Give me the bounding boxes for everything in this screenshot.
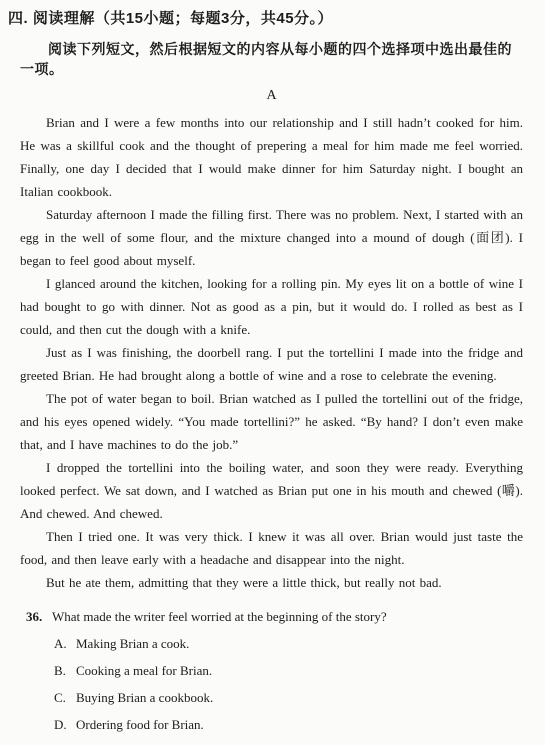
option-c-text: Buying Brian a cookbook. [76,687,213,709]
passage-paragraph-5: The pot of water began to boil. Brian wa… [20,387,523,456]
instruction-text: 阅读下列短文，然后根据短文的内容从每小题的四个选择项中选出最佳的一项。 [20,39,523,79]
section-title: 四. 阅读理解（共15小题；每题3分，共45分。） [8,8,523,30]
passage-paragraph-4: Just as I was finishing, the doorbell ra… [20,341,523,387]
option-a-label: A. [54,633,76,655]
option-c: C. Buying Brian a cookbook. [54,687,523,709]
question-number: 36. [26,606,52,628]
option-c-label: C. [54,687,76,709]
reading-passage: Brian and I were a few months into our r… [20,111,523,594]
passage-paragraph-6: I dropped the tortellini into the boilin… [20,456,523,525]
passage-paragraph-7: Then I tried one. It was very thick. I k… [20,525,523,571]
option-d-label: D. [54,714,76,736]
passage-paragraph-1: Brian and I were a few months into our r… [20,111,523,203]
option-d: D. Ordering food for Brian. [54,714,523,736]
option-a: A. Making Brian a cook. [54,633,523,655]
option-d-text: Ordering food for Brian. [76,714,204,736]
option-b-text: Cooking a meal for Brian. [76,660,212,682]
option-b-label: B. [54,660,76,682]
passage-paragraph-3: I glanced around the kitchen, looking fo… [20,272,523,341]
exam-page: 四. 阅读理解（共15小题；每题3分，共45分。） 阅读下列短文，然后根据短文的… [0,0,545,745]
question-36: 36. What made the writer feel worried at… [20,606,523,736]
question-line: 36. What made the writer feel worried at… [20,606,523,628]
option-b: B. Cooking a meal for Brian. [54,660,523,682]
passage-paragraph-8: But he ate them, admitting that they wer… [20,571,523,594]
passage-label: A [20,86,523,106]
passage-paragraph-2: Saturday afternoon I made the filling fi… [20,203,523,272]
option-a-text: Making Brian a cook. [76,633,189,655]
question-text: What made the writer feel worried at the… [52,606,387,628]
